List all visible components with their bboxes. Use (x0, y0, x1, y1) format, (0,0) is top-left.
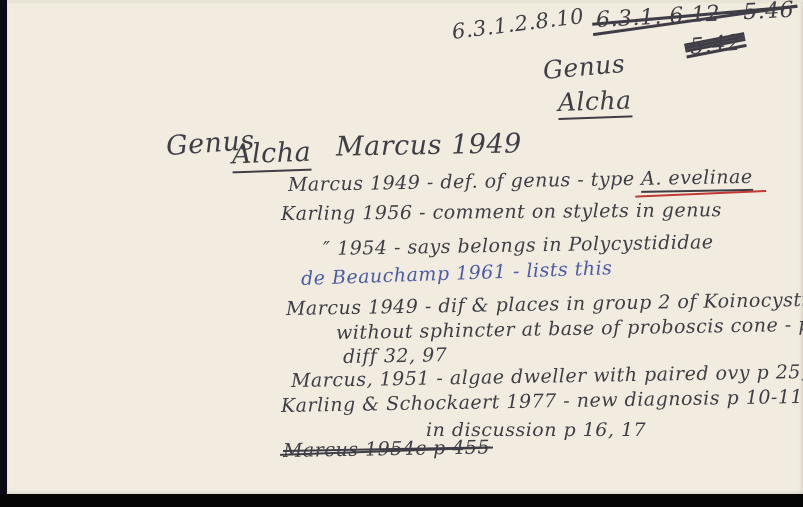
scribbled-out-number: 5.42 (689, 31, 742, 60)
catalog-number: 6.3.1.2.8.10 (451, 4, 586, 44)
crossed-out-note-text: Marcus 1954c p 455 (283, 436, 490, 462)
title-author-year: Marcus 1949 (336, 128, 522, 162)
genus-name-top: Alcha (557, 85, 632, 120)
scribbled-out-number-text: 5.42 (689, 31, 742, 60)
crossed-out-number-text: 6.3.1. 6.12 - 5.46 (595, 0, 794, 33)
index-card: 6.3.1.2.8.10 6.3.1. 6.12 - 5.46 5.42 Gen… (7, 0, 803, 494)
title-genus-name: Alcha (231, 137, 311, 174)
type-species-text: A. evelinae (641, 166, 753, 190)
note-text: Marcus 1949 - def. of genus - type (288, 168, 642, 196)
note-line-crossed-out: Marcus 1954c p 455 (283, 436, 490, 462)
note-line-diff-pages: diff 32, 97 (343, 344, 448, 368)
note-line-karling-1954: ″ 1954 - says belongs in Polycystididae (323, 231, 714, 260)
scanned-card-page: 6.3.1.2.8.10 6.3.1. 6.12 - 5.46 5.42 Gen… (0, 0, 803, 507)
note-line-def-of-genus: Marcus 1949 - def. of genus - type A. ev… (288, 166, 753, 196)
crossed-out-number: 6.3.1. 6.12 - 5.46 (595, 0, 794, 33)
note-line-karling-1956: Karling 1956 - comment on stylets in gen… (281, 199, 722, 225)
type-species-name: A. evelinae (641, 166, 753, 193)
genus-label-top: Genus (542, 49, 627, 85)
note-line-de-beauchamp-1961: de Beauchamp 1961 - lists this (301, 257, 613, 290)
scan-edge-bottom (0, 494, 803, 507)
scan-edge-left (0, 0, 7, 507)
